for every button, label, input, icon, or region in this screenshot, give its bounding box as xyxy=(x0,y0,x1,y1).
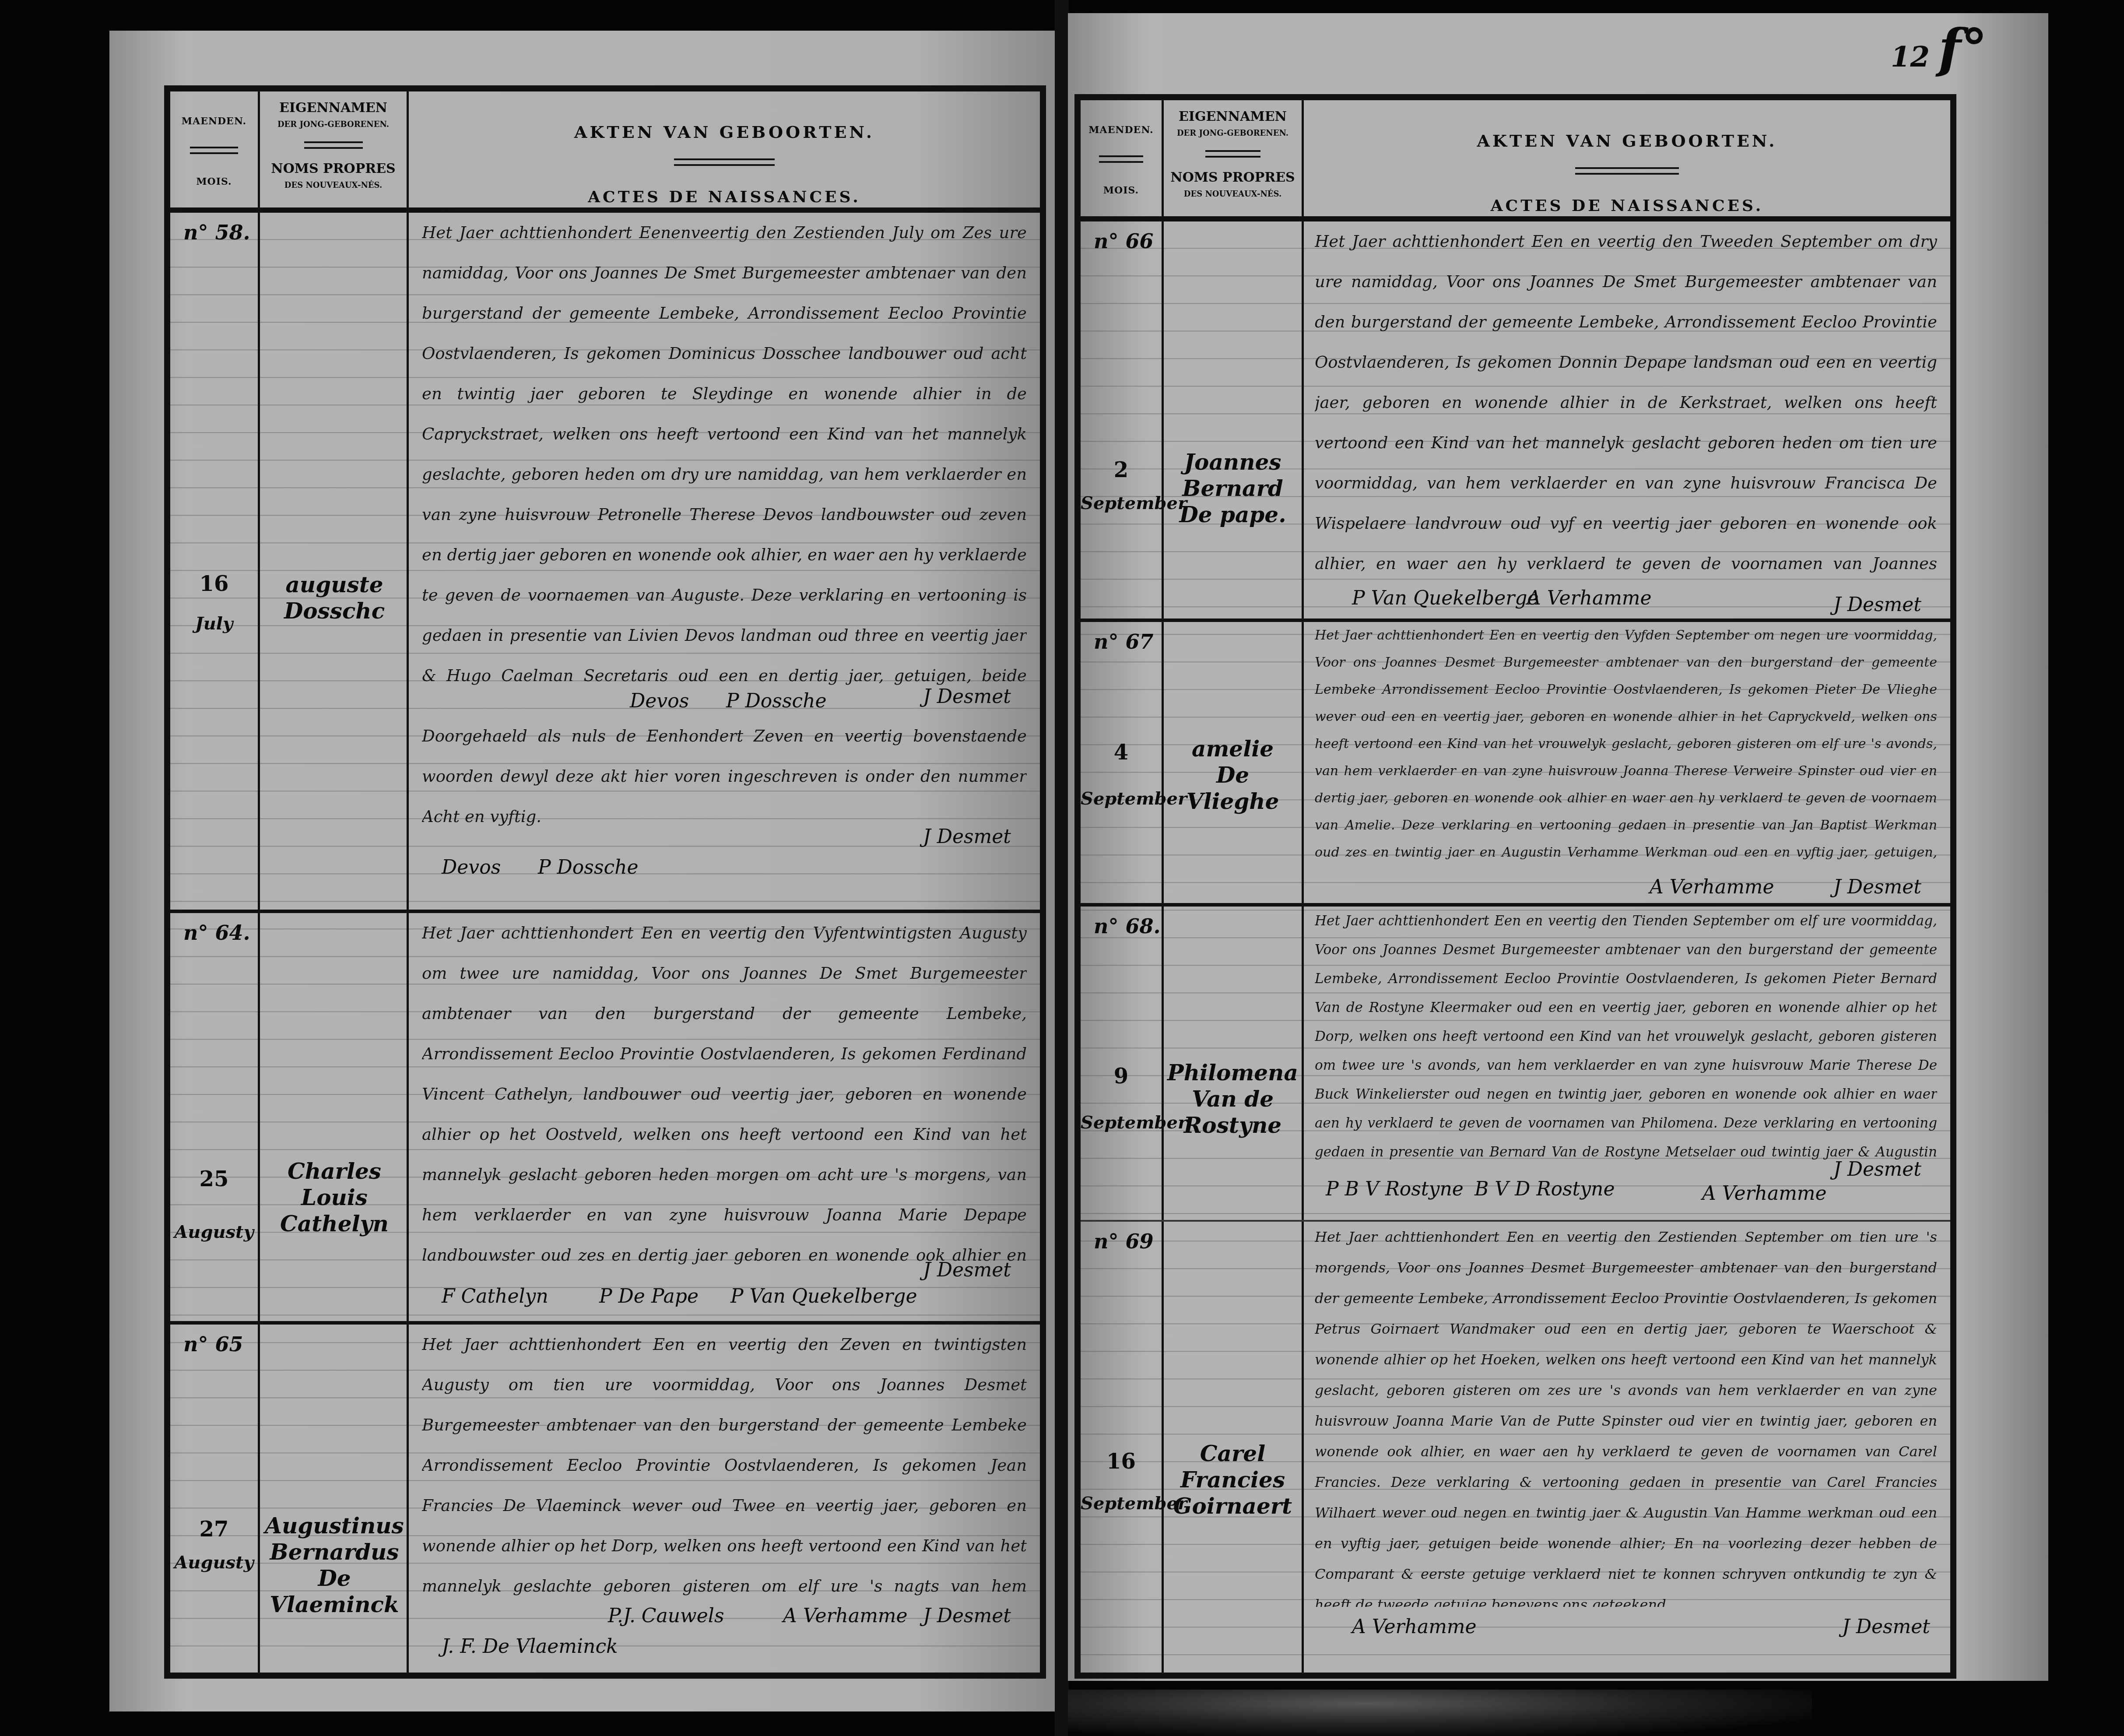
record-text: Het Jaer achttienhondert Een en veertig … xyxy=(1315,1222,1937,1607)
name-column-header: EIGENNAMEN DER JONG-GEBORENEN. NOMS PROP… xyxy=(260,91,409,207)
record-month: Augusty xyxy=(170,1222,258,1242)
record-separator xyxy=(170,910,1040,913)
header-divider xyxy=(1099,155,1144,163)
child-name-line: Dosschc xyxy=(260,598,409,624)
child-name: Augustinus Bernardus De Vlaeminck xyxy=(260,1513,409,1618)
record-day: 25 xyxy=(170,1167,258,1191)
signature: A Verhamme xyxy=(1702,1182,1827,1205)
header-acts-fr: ACTES DE NAISSANCES. xyxy=(409,188,1040,206)
header-name-fr-title: NOMS PROPRES xyxy=(1164,170,1302,185)
record-number: n° 68. xyxy=(1094,914,1161,938)
signature: J Desmet xyxy=(923,1259,1011,1281)
record-day: 9 xyxy=(1081,1064,1162,1089)
header-divider xyxy=(304,141,363,149)
child-name-line: Van de xyxy=(1164,1086,1302,1112)
child-name-line: Cathelyn xyxy=(260,1211,409,1237)
child-name-line: Augustinus xyxy=(260,1513,409,1539)
signature: Devos xyxy=(630,690,689,712)
child-name-line: auguste xyxy=(260,572,409,598)
record-text: Het Jaer achttienhondert Eenenveertig de… xyxy=(422,213,1027,694)
birth-record: n° 68. 9 September Philomena Van de Rost… xyxy=(1081,907,1950,1222)
record-text: Het Jaer achttienhondert Een en veertig … xyxy=(1315,622,1937,867)
child-name-line: Carel xyxy=(1164,1441,1302,1467)
signature: P Van Quekelberge xyxy=(730,1285,917,1307)
signature: J Desmet xyxy=(923,1605,1011,1627)
right-register-table: MAENDEN. MOIS. EIGENNAMEN DER JONG-GEBOR… xyxy=(1074,94,1956,1679)
header-divider xyxy=(674,158,775,166)
table-header: MAENDEN. MOIS. EIGENNAMEN DER JONG-GEBOR… xyxy=(170,91,1040,213)
signature: Devos xyxy=(442,856,501,879)
record-day: 4 xyxy=(1081,740,1162,765)
signature: A Verhamme xyxy=(1650,876,1774,898)
month-column-header: MAENDEN. MOIS. xyxy=(1081,100,1164,216)
signature: J Desmet xyxy=(1833,594,1921,616)
header-acts-nl: AKTEN VAN GEBOORTEN. xyxy=(409,122,1040,142)
record-month: September xyxy=(1081,493,1162,513)
birth-record: n° 58. 16 July auguste Dosschc Het Jaer … xyxy=(170,213,1040,913)
signature: P Dossche xyxy=(726,690,827,712)
signature: J Desmet xyxy=(1842,1616,1930,1638)
child-name-line: Joannes xyxy=(1164,449,1302,475)
child-name-line: Philomena xyxy=(1164,1060,1302,1086)
header-month-nl: MAENDEN. xyxy=(1081,124,1162,136)
signature: B V D Rostyne xyxy=(1475,1178,1615,1200)
record-number: n° 65 xyxy=(183,1332,243,1356)
signature: P B V Rostyne xyxy=(1326,1178,1464,1200)
child-name: Joannes Bernard De pape. xyxy=(1164,449,1302,528)
signature: F Cathelyn xyxy=(442,1285,548,1307)
record-text: Het Jaer achttienhondert Een en veertig … xyxy=(422,913,1027,1268)
acts-column-header: AKTEN VAN GEBOORTEN. ACTES DE NAISSANCES… xyxy=(409,91,1040,207)
child-name: Carel Francies Goirnaert xyxy=(1164,1441,1302,1519)
child-name-line: De pape. xyxy=(1164,502,1302,528)
signature: A Verhamme xyxy=(1352,1616,1477,1638)
header-name-fr-sub: DES NOUVEAUX-NÉS. xyxy=(260,181,407,190)
signature: P Dossche xyxy=(538,856,639,879)
birth-record: n° 64. 25 Augusty Charles Louis Cathelyn… xyxy=(170,913,1040,1325)
signature: A Verhamme xyxy=(783,1605,908,1627)
birth-record: n° 66 2 September Joannes Bernard De pap… xyxy=(1081,221,1950,622)
signature: J. F. De Vlaeminck xyxy=(442,1635,618,1658)
child-name-line: Rostyne xyxy=(1164,1112,1302,1139)
header-name-fr-title: NOMS PROPRES xyxy=(260,161,407,176)
record-separator xyxy=(170,1321,1040,1325)
signature: J Desmet xyxy=(1833,1158,1921,1181)
record-month: July xyxy=(170,613,258,634)
marginal-note: Doorgehaeld als nuls de Eenhondert Zeven… xyxy=(422,716,1027,839)
header-name-nl-title: EIGENNAMEN xyxy=(1164,109,1302,124)
signature: J Desmet xyxy=(923,685,1011,708)
header-divider xyxy=(1575,167,1678,175)
folio-mark: f° xyxy=(1938,18,1987,79)
record-number: n° 67 xyxy=(1094,630,1153,654)
header-divider xyxy=(1205,150,1260,158)
header-acts-nl: AKTEN VAN GEBOORTEN. xyxy=(1304,131,1950,151)
signature: A Verhamme xyxy=(1527,587,1652,609)
child-name-line: Vlieghe xyxy=(1164,788,1302,815)
folio-number-text: 12 xyxy=(1891,41,1930,74)
signature: J Desmet xyxy=(923,826,1011,848)
header-name-nl-sub: DER JONG-GEBORENEN. xyxy=(1164,129,1302,138)
header-month-fr: MOIS. xyxy=(170,176,258,187)
birth-record: n° 65 27 Augusty Augustinus Bernardus De… xyxy=(170,1325,1040,1679)
child-name-line: Charles xyxy=(260,1158,409,1184)
child-name: auguste Dosschc xyxy=(260,572,409,624)
record-month: Augusty xyxy=(170,1552,258,1573)
header-divider xyxy=(190,147,238,154)
birth-record: n° 69 16 September Carel Francies Goirna… xyxy=(1081,1222,1950,1659)
record-month: September xyxy=(1081,1112,1162,1133)
child-name-line: Bernardus xyxy=(260,1539,409,1565)
child-name-line: De Vlaeminck xyxy=(260,1565,409,1618)
child-name-line: amelie xyxy=(1164,736,1302,762)
record-number: n° 58. xyxy=(183,221,250,244)
table-header: MAENDEN. MOIS. EIGENNAMEN DER JONG-GEBOR… xyxy=(1081,100,1950,221)
child-name-line: Bernard xyxy=(1164,475,1302,502)
record-day: 2 xyxy=(1081,458,1162,482)
header-name-nl-title: EIGENNAMEN xyxy=(260,100,407,116)
signature: P Van Quekelberge xyxy=(1352,587,1539,609)
record-number: n° 69 xyxy=(1094,1230,1153,1253)
record-separator xyxy=(1081,903,1950,907)
name-column-header: EIGENNAMEN DER JONG-GEBORENEN. NOMS PROP… xyxy=(1164,100,1304,216)
book-spine xyxy=(1055,0,1069,1736)
child-name-line: Francies xyxy=(1164,1467,1302,1493)
acts-column-header: AKTEN VAN GEBOORTEN. ACTES DE NAISSANCES… xyxy=(1304,100,1950,216)
record-number: n° 64. xyxy=(183,921,250,945)
header-name-nl-sub: DER JONG-GEBORENEN. xyxy=(260,120,407,129)
thumb-shadow xyxy=(1068,1690,1812,1736)
record-day: 16 xyxy=(1081,1449,1162,1474)
header-name-fr-sub: DES NOUVEAUX-NÉS. xyxy=(1164,190,1302,199)
signature: P.J. Cauwels xyxy=(608,1605,724,1627)
child-name: Philomena Van de Rostyne xyxy=(1164,1060,1302,1139)
record-day: 16 xyxy=(170,572,258,596)
record-month: September xyxy=(1081,1493,1162,1514)
signature: P De Pape xyxy=(599,1285,699,1307)
header-month-nl: MAENDEN. xyxy=(170,116,258,127)
record-number: n° 66 xyxy=(1094,229,1153,253)
left-register-table: MAENDEN. MOIS. EIGENNAMEN DER JONG-GEBOR… xyxy=(164,85,1046,1679)
child-name-line: De xyxy=(1164,762,1302,788)
child-name: amelie De Vlieghe xyxy=(1164,736,1302,815)
folio-number: 12f° xyxy=(1891,18,1987,79)
record-day: 27 xyxy=(170,1517,258,1542)
child-name-line: Louis xyxy=(260,1184,409,1211)
record-separator xyxy=(1081,618,1950,622)
signature: J Desmet xyxy=(1833,876,1921,898)
record-text: Het Jaer achttienhondert Een en veertig … xyxy=(422,1325,1027,1609)
header-month-fr: MOIS. xyxy=(1081,185,1162,196)
record-month: September xyxy=(1081,788,1162,809)
child-name: Charles Louis Cathelyn xyxy=(260,1158,409,1237)
birth-record: n° 67 4 September amelie De Vlieghe Het … xyxy=(1081,622,1950,907)
child-name-line: Goirnaert xyxy=(1164,1493,1302,1519)
header-acts-fr: ACTES DE NAISSANCES. xyxy=(1304,197,1950,215)
record-text: Het Jaer achttienhondert Een en veertig … xyxy=(1315,907,1937,1160)
record-text: Het Jaer achttienhondert Een en veertig … xyxy=(1315,221,1937,580)
month-column-header: MAENDEN. MOIS. xyxy=(170,91,260,207)
